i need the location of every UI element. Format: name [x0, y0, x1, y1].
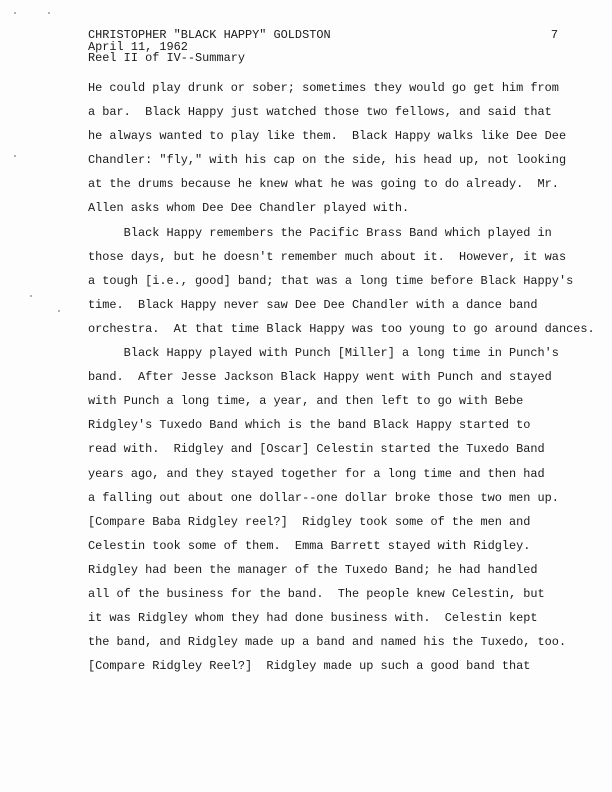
text-line: orchestra. At that time Black Happy was …: [88, 321, 608, 345]
text-line: He could play drunk or sober; sometimes …: [88, 80, 608, 104]
text-line: at the drums because he knew what he was…: [88, 176, 608, 200]
text-line: with Punch a long time, a year, and then…: [88, 393, 608, 417]
document-header: CHRISTOPHER "BLACK HAPPY" GOLDSTON April…: [88, 30, 558, 65]
text-line: [Compare Baba Ridgley reel?] Ridgley too…: [88, 514, 608, 538]
reel-label: Reel II of IV--Summary: [88, 53, 558, 65]
text-line: Chandler: "fly," with his cap on the sid…: [88, 152, 608, 176]
text-line: Black Happy played with Punch [Miller] a…: [88, 345, 608, 369]
text-line: Ridgley's Tuxedo Band which is the band …: [88, 417, 608, 441]
text-line: years ago, and they stayed together for …: [88, 466, 608, 490]
text-line: a falling out about one dollar--one doll…: [88, 490, 608, 514]
text-line: it was Ridgley whom they had done busine…: [88, 610, 608, 634]
text-line: read with. Ridgley and [Oscar] Celestin …: [88, 441, 608, 465]
text-line: Black Happy remembers the Pacific Brass …: [88, 225, 608, 249]
text-line: band. After Jesse Jackson Black Happy we…: [88, 369, 608, 393]
text-line: time. Black Happy never saw Dee Dee Chan…: [88, 297, 608, 321]
text-line: those days, but he doesn't remember much…: [88, 249, 608, 273]
text-line: [Compare Ridgley Reel?] Ridgley made up …: [88, 658, 608, 682]
page-number: 7: [551, 30, 558, 42]
scan-speck: [58, 310, 60, 312]
text-line: a tough [i.e., good] band; that was a lo…: [88, 273, 608, 297]
text-line: Celestin took some of them. Emma Barrett…: [88, 538, 608, 562]
text-line: he always wanted to play like them. Blac…: [88, 128, 608, 152]
document-page: CHRISTOPHER "BLACK HAPPY" GOLDSTON April…: [0, 0, 612, 792]
text-line: Allen asks whom Dee Dee Chandler played …: [88, 200, 608, 224]
summary-body: He could play drunk or sober; sometimes …: [88, 80, 608, 682]
text-line: the band, and Ridgley made up a band and…: [88, 634, 608, 658]
scan-speck: [14, 155, 16, 157]
text-line: a bar. Black Happy just watched those tw…: [88, 104, 608, 128]
text-line: all of the business for the band. The pe…: [88, 586, 608, 610]
scan-speck: [14, 12, 16, 14]
scan-speck: [30, 295, 32, 297]
text-line: Ridgley had been the manager of the Tuxe…: [88, 562, 608, 586]
scan-speck: [48, 12, 50, 14]
